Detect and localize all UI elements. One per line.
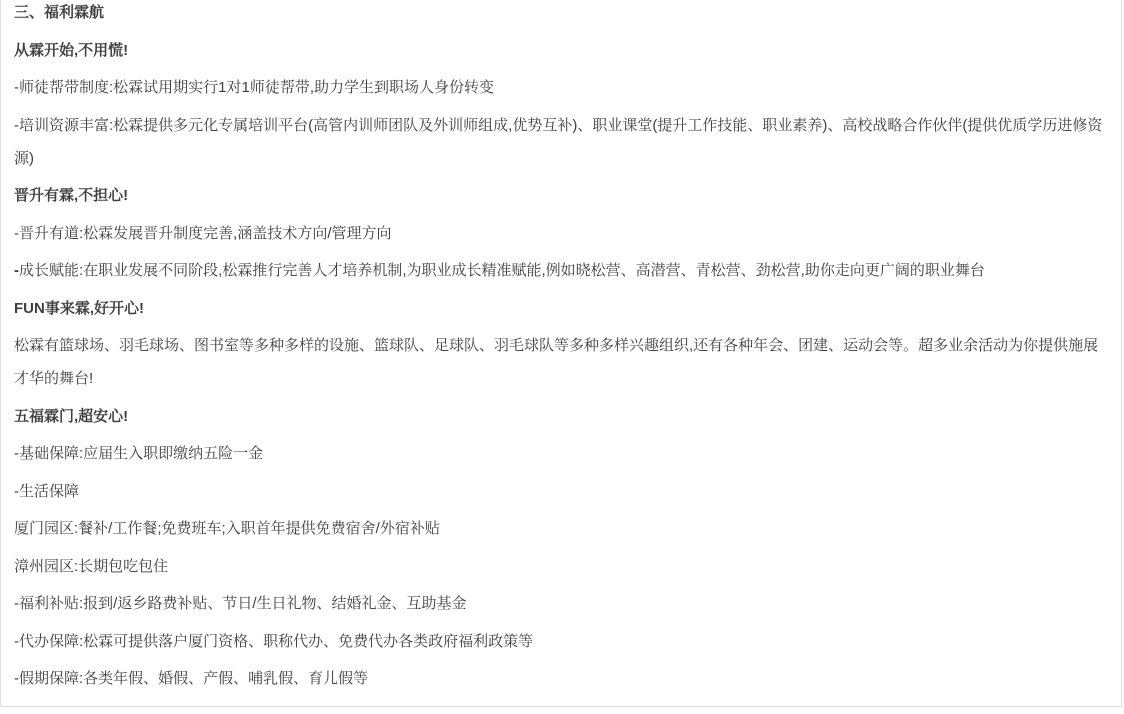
section-heading-welfare: 三、福利霖航 xyxy=(14,0,1103,29)
benefit-line-zhangzhou-campus: 漳州园区:长期包吃包住 xyxy=(14,550,1103,583)
benefits-text-block: 三、福利霖航 从霖开始,不用慌! -师徒帮带制度:松霖试用期实行1对1师徒帮带,… xyxy=(1,0,1121,695)
benefit-line-growth-enablement: -成长赋能:在职业发展不同阶段,松霖推行完善人才培养机制,为职业成长精准赋能,例… xyxy=(14,254,1103,287)
benefit-line-living-security: -生活保障 xyxy=(14,475,1103,508)
subheading-onboarding: 从霖开始,不用慌! xyxy=(14,34,1103,67)
subheading-five-welfare: 五福霖门,超安心! xyxy=(14,400,1103,433)
benefit-line-basic-insurance: -基础保障:应届生入职即缴纳五险一金 xyxy=(14,437,1103,470)
subheading-promotion: 晋升有霖,不担心! xyxy=(14,179,1103,212)
benefit-line-holiday-security: -假期保障:各类年假、婚假、产假、哺乳假、育儿假等 xyxy=(14,662,1103,695)
benefit-line-mentor-system: -师徒帮带制度:松霖试用期实行1对1师徒帮带,助力学生到职场人身份转变 xyxy=(14,71,1103,104)
benefit-line-training-resources: -培训资源丰富:松霖提供多元化专属培训平台(高管内训师团队及外训师组成,优势互补… xyxy=(14,109,1103,175)
benefit-line-agency-services: -代办保障:松霖可提供落户厦门资格、职称代办、免费代办各类政府福利政策等 xyxy=(14,625,1103,658)
benefit-line-facilities-clubs: 松霖有篮球场、羽毛球场、图书室等多种多样的设施、篮球队、足球队、羽毛球队等多种多… xyxy=(14,329,1103,395)
benefit-line-xiamen-campus: 厦门园区:餐补/工作餐;免费班车;入职首年提供免费宿舍/外宿补贴 xyxy=(14,512,1103,545)
benefit-line-welfare-subsidies: -福利补贴:报到/返乡路费补贴、节日/生日礼物、结婚礼金、互助基金 xyxy=(14,587,1103,620)
benefit-line-promotion-path: -晋升有道:松霖发展晋升制度完善,涵盖技术方向/管理方向 xyxy=(14,217,1103,250)
benefits-content-panel: 三、福利霖航 从霖开始,不用慌! -师徒帮带制度:松霖试用期实行1对1师徒帮带,… xyxy=(0,0,1122,707)
subheading-fun-activities: FUN事来霖,好开心! xyxy=(14,292,1103,325)
growth-enablement-text: 成长赋能:在职业发展不同阶段,松霖推行完善人才培养机制,为职业成长精准赋能,例如… xyxy=(19,262,985,279)
